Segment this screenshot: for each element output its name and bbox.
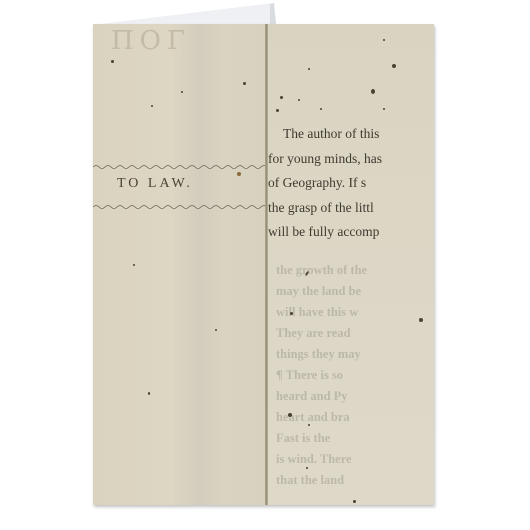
- text-line: The author of this: [268, 122, 434, 147]
- paper-speck: [111, 60, 114, 63]
- paper-speck: [306, 467, 308, 469]
- wavy-rule-top: [93, 164, 266, 170]
- faded-line: things they may: [276, 344, 434, 365]
- paper-speck: [320, 108, 322, 110]
- paper-speck: [151, 105, 153, 107]
- text-line: the grasp of the littl: [268, 196, 434, 221]
- paper-speck: [371, 89, 375, 94]
- paper-speck: [148, 392, 150, 395]
- paper-speck: [383, 108, 385, 110]
- paper-speck: [392, 64, 396, 68]
- paper-speck: [276, 109, 279, 112]
- paper-speck: [308, 68, 310, 70]
- bleed-through-heading: ΠΟΓ: [111, 26, 191, 56]
- left-page: ΠΟΓ TO LAW.: [93, 24, 266, 505]
- paper-speck: [288, 413, 292, 417]
- paper-speck: [308, 424, 310, 426]
- paper-speck: [353, 500, 356, 503]
- paper-speck: [298, 99, 300, 101]
- faded-line: ¶ There is so: [276, 365, 434, 386]
- faded-line: heart and bra: [276, 407, 434, 428]
- faded-line: Fast is the: [276, 428, 434, 449]
- paper-speck: [280, 96, 283, 99]
- paper-speck: [383, 39, 385, 41]
- paper-speck: [290, 312, 293, 315]
- paper-speck: [237, 172, 241, 176]
- paper-speck: [243, 82, 246, 85]
- faded-line: may the land be: [276, 281, 434, 302]
- paper-speck: [133, 264, 135, 266]
- to-law-label: TO LAW.: [117, 176, 193, 192]
- text-line: of Geography. If s: [268, 171, 434, 196]
- faded-line: that the land: [276, 470, 434, 491]
- right-page: The author of this for young minds, has …: [268, 24, 434, 505]
- faded-line: is wind. There: [276, 449, 434, 470]
- faded-line: will have this w: [276, 302, 434, 323]
- paper-speck: [215, 329, 217, 331]
- faded-line: the growth of the: [276, 260, 434, 281]
- text-line: will be fully accomp: [268, 220, 434, 245]
- wavy-rule-bottom: [93, 204, 266, 210]
- preface-text: The author of this for young minds, has …: [268, 122, 434, 245]
- faded-line: They are read: [276, 323, 434, 344]
- faded-bleed-text: the growth of the may the land be will h…: [276, 260, 434, 491]
- text-line: for young minds, has: [268, 147, 434, 172]
- paper-speck: [181, 91, 183, 93]
- greeting-card-front: ΠΟΓ TO LAW. The author of this for young…: [93, 24, 434, 505]
- paper-speck: [419, 318, 423, 322]
- faded-line: heard and Py: [276, 386, 434, 407]
